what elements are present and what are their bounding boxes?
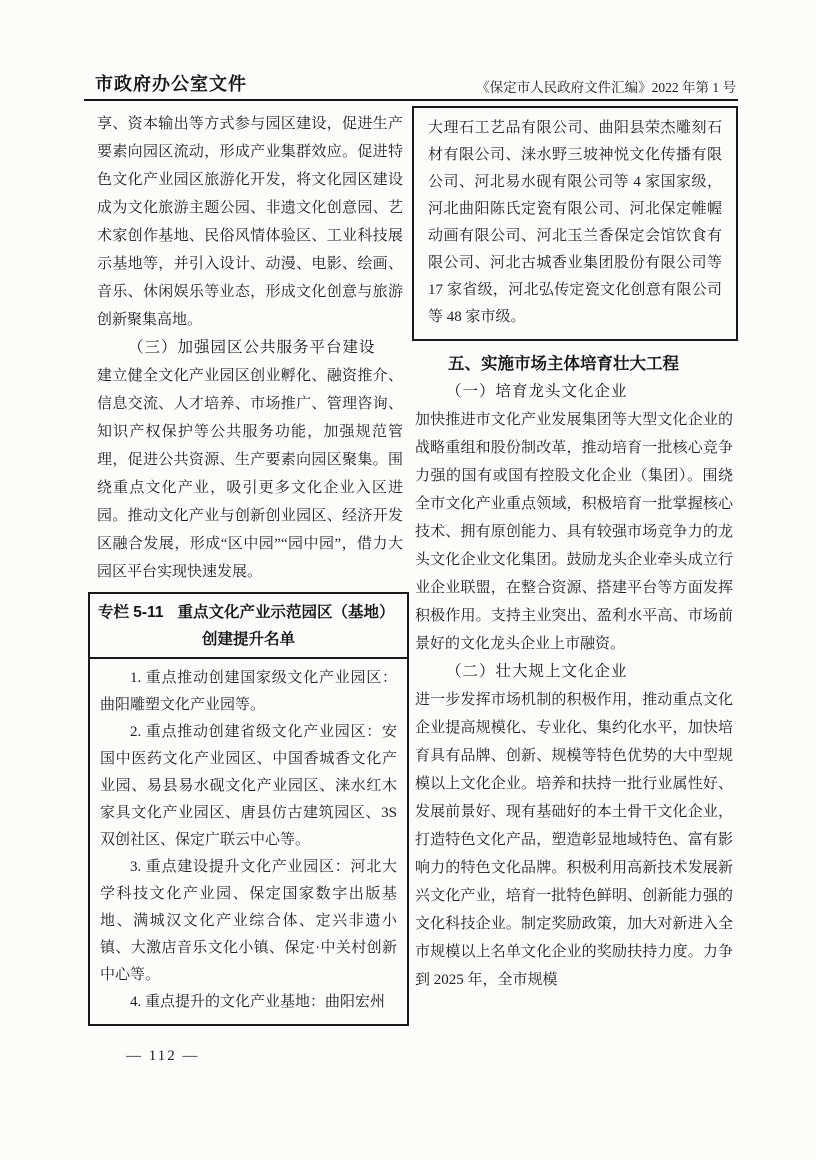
box-item-3: 3. 重点建设提升文化产业园区：河北大学科技文化产业园、保定国家数字出版基地、满…: [100, 854, 397, 989]
paragraph-section-5-1-body: 加快推进市文化产业发展集团等大型文化企业的战略重组和股份制改革，推动培育一批核心…: [415, 406, 733, 658]
box-label: 专栏 5-11: [98, 604, 163, 621]
left-column: 享、资本输出等方式参与园区建设，促进生产要素向园区流动，形成产业集群效应。促进特…: [97, 110, 403, 586]
header-divider: [84, 99, 738, 101]
header-compilation-title: 《保定市人民政府文件汇编》2022 年第 1 号: [476, 76, 736, 96]
sidebar-box-zhuanlan-5-11: 专栏 5-11重点文化产业示范园区（基地） 创建提升名单 1. 重点推动创建国家…: [88, 592, 409, 1026]
header-document-category: 市政府办公室文件: [95, 70, 247, 96]
heading-section-3: （三）加强园区公共服务平台建设: [97, 334, 403, 362]
heading-section-5-2: （二）壮大规上文化企业: [415, 658, 733, 686]
heading-section-5: 五、实施市场主体培育壮大工程: [415, 350, 733, 378]
box-title-line: 专栏 5-11重点文化产业示范园区（基地）: [98, 599, 399, 626]
paragraph-section-3-body: 建立健全文化产业园区创业孵化、融资推介、信息交流、人才培养、市场推广、管理咨询、…: [97, 362, 403, 586]
box-item-1: 1. 重点推动创建国家级文化产业园区：曲阳雕塑文化产业园等。: [100, 665, 397, 719]
paragraph-section-5-2-body: 进一步发挥市场机制的积极作用，推动重点文化企业提高规模化、专业化、集约化水平，加…: [415, 686, 733, 994]
document-page: 市政府办公室文件 《保定市人民政府文件汇编》2022 年第 1 号 享、资本输出…: [0, 0, 816, 1160]
box-title: 专栏 5-11重点文化产业示范园区（基地） 创建提升名单: [90, 594, 407, 659]
box-company-list-text: 大理石工艺品有限公司、曲阳县荣杰雕刻石材有限公司、涞水野三坡神悦文化传播有限公司…: [428, 115, 722, 331]
box-title-text: 重点文化产业示范园区（基地）: [177, 604, 394, 621]
page-number: — 112 —: [126, 1048, 199, 1065]
box-subtitle: 创建提升名单: [98, 626, 399, 653]
heading-section-5-1: （一）培育龙头文化企业: [415, 378, 733, 406]
box-item-4: 4. 重点提升的文化产业基地：曲阳宏州: [100, 989, 397, 1016]
box-company-list-continuation: 大理石工艺品有限公司、曲阳县荣杰雕刻石材有限公司、涞水野三坡神悦文化传播有限公司…: [412, 106, 738, 341]
right-column: 五、实施市场主体培育壮大工程 （一）培育龙头文化企业 加快推进市文化产业发展集团…: [415, 350, 733, 994]
paragraph-park-construction-continuation: 享、资本输出等方式参与园区建设，促进生产要素向园区流动，形成产业集群效应。促进特…: [97, 110, 403, 334]
box-body: 1. 重点推动创建国家级文化产业园区：曲阳雕塑文化产业园等。 2. 重点推动创建…: [90, 659, 407, 1024]
box-item-2: 2. 重点推动创建省级文化产业园区：安国中医药文化产业园区、中国香城香文化产业园…: [100, 719, 397, 854]
